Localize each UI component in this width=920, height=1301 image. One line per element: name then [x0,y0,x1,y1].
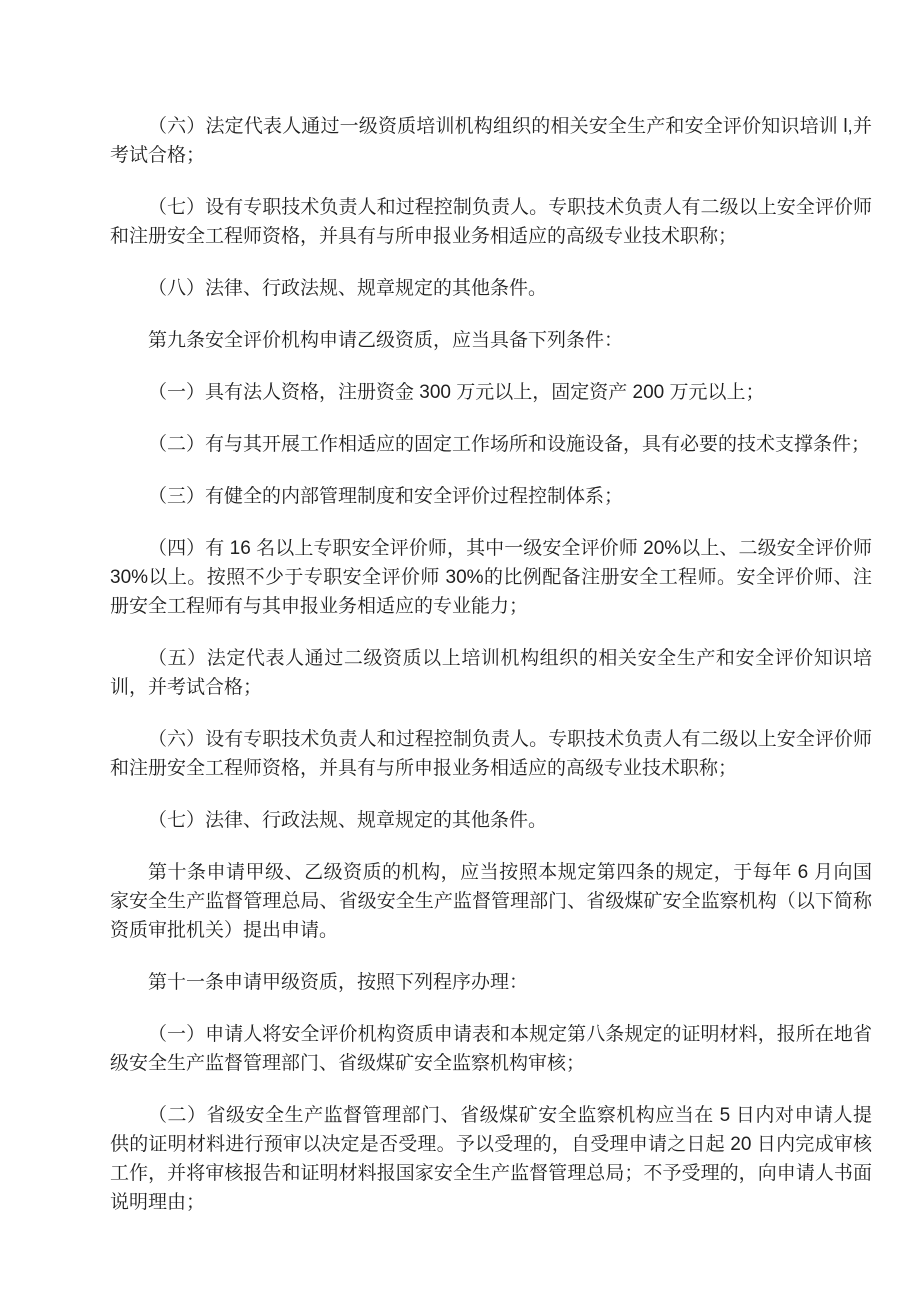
paragraph-02: （七）设有专职技术负责人和过程控制负责人。专职技术负责人有二级以上安全评价师和注… [110,193,872,251]
paragraph-07: （三）有健全的内部管理制度和安全评价过程控制体系； [110,482,872,511]
paragraph-15: （二）省级安全生产监督管理部门、省级煤矿安全监察机构应当在 5 日内对申请人提供… [110,1101,872,1217]
paragraph-11: （七）法律、行政法规、规章规定的其他条件。 [110,806,872,835]
paragraph-09: （五）法定代表人通过二级资质以上培训机构组织的相关安全生产和安全评价知识培训，并… [110,644,872,702]
paragraph-13-article-11: 第十一条申请甲级资质，按照下列程序办理： [110,968,872,997]
paragraph-03: （八）法律、行政法规、规章规定的其他条件。 [110,274,872,303]
paragraph-14: （一）申请人将安全评价机构资质申请表和本规定第八条规定的证明材料，报所在地省级安… [110,1020,872,1078]
paragraph-10: （六）设有专职技术负责人和过程控制负责人。专职技术负责人有二级以上安全评价师和注… [110,725,872,783]
document-page: （六）法定代表人通过一级资质培训机构组织的相关安全生产和安全评价知识培训 l,并… [0,0,920,1301]
paragraph-12-article-10: 第十条申请甲级、乙级资质的机构，应当按照本规定第四条的规定，于每年 6 月向国家… [110,858,872,945]
paragraph-06: （二）有与其开展工作相适应的固定工作场所和设施设备，具有必要的技术支撑条件； [110,430,872,459]
paragraph-05: （一）具有法人资格，注册资金 300 万元以上，固定资产 200 万元以上； [110,378,872,407]
paragraph-01: （六）法定代表人通过一级资质培训机构组织的相关安全生产和安全评价知识培训 l,并… [110,112,872,170]
paragraph-04-article-9: 第九条安全评价机构申请乙级资质，应当具备下列条件： [110,326,872,355]
paragraph-08: （四）有 16 名以上专职安全评价师，其中一级安全评价师 20%以上、二级安全评… [110,534,872,621]
